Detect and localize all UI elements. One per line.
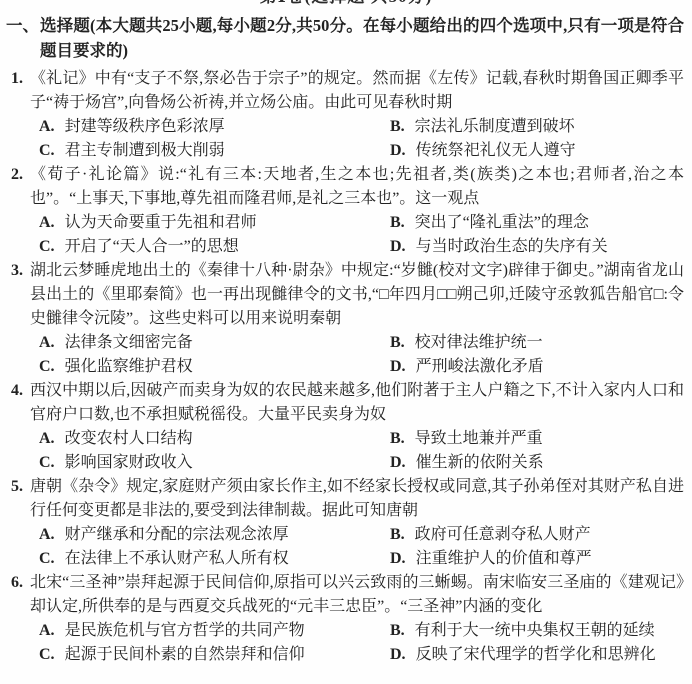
option-text: 严刑峻法激化矛盾 [416, 358, 544, 375]
question-3: 3. 湖北云梦睡虎地出土的《秦律十八种·尉杂》中规定:“岁雠(校对文字)辟律于御… [0, 259, 692, 379]
question-4: 4. 西汉中期以后,因破产而卖身为奴的农民越来越多,他们附著于主人户籍之下,不计… [0, 379, 692, 475]
option-c: C.开启了“天人合一”的思想 [39, 238, 239, 255]
question-number: 6. [11, 571, 23, 595]
option-a: A.是民族危机与官方哲学的共同产物 [39, 622, 305, 639]
option-text: 传统祭祀礼仪无人遵守 [416, 142, 576, 159]
option-label: D. [390, 358, 406, 375]
option-label: A. [39, 430, 55, 447]
option-label: C. [39, 646, 55, 663]
question-stem: 北宋“三圣神”崇拜起源于民间信仰,原指可以兴云致雨的三蜥蜴。南宋临安三圣庙的《建… [30, 571, 684, 619]
option-text: 封建等级秩序色彩浓厚 [65, 118, 225, 135]
option-label: D. [390, 550, 406, 567]
option-b: B.导致土地兼并严重 [390, 427, 543, 451]
option-c: C.强化监察维护君权 [39, 358, 193, 375]
option-text: 法律条文细密完备 [65, 334, 193, 351]
option-label: C. [39, 550, 55, 567]
option-text: 与当时政治生态的失序有关 [416, 238, 608, 255]
options-row-ab: A.是民族危机与官方哲学的共同产物 B.有利于大一统中央集权王朝的延续 [30, 619, 684, 643]
option-text: 政府可任意剥夺私人财产 [415, 526, 591, 543]
option-label: A. [39, 334, 55, 351]
option-a: A.封建等级秩序色彩浓厚 [39, 118, 225, 135]
option-label: C. [39, 454, 55, 471]
option-text: 改变农村人口结构 [65, 430, 193, 447]
option-label: D. [390, 142, 406, 159]
option-text: 财产继承和分配的宗法观念浓厚 [65, 526, 289, 543]
option-b: B.政府可任意剥夺私人财产 [390, 523, 591, 547]
option-label: B. [390, 622, 405, 639]
option-label: D. [390, 646, 406, 663]
option-a: A.法律条文细密完备 [39, 334, 193, 351]
option-d: D.注重维护人的价值和尊严 [390, 547, 592, 571]
option-d: D.与当时政治生态的失序有关 [390, 235, 608, 259]
option-label: B. [390, 526, 405, 543]
question-stem: 《礼记》中有“支子不祭,祭必告于宗子”的规定。然而据《左传》记载,春秋时期鲁国正… [30, 67, 684, 115]
option-c: C.起源于民间朴素的自然崇拜和信仰 [39, 646, 305, 663]
options-row-ab: A.改变农村人口结构 B.导致土地兼并严重 [30, 427, 684, 451]
option-text: 导致土地兼并严重 [415, 430, 543, 447]
option-text: 开启了“天人合一”的思想 [65, 238, 239, 255]
option-label: B. [390, 334, 405, 351]
option-label: C. [39, 238, 55, 255]
question-stem: 西汉中期以后,因破产而卖身为奴的农民越来越多,他们附著于主人户籍之下,不计入家内… [30, 379, 684, 427]
option-label: A. [39, 622, 55, 639]
section-heading-text: 选择题(本大题共25小题,每小题2分,共50分。在每小题给出的四个选项中,只有一… [40, 16, 684, 60]
option-c: C.影响国家财政收入 [39, 454, 193, 471]
options-row-ab: A.认为天命要重于先祖和君师 B.突出了“隆礼重法”的理念 [30, 211, 684, 235]
option-text: 校对律法维护统一 [415, 334, 543, 351]
options-row-cd: C.君主专制遭到极大削弱 D.传统祭祀礼仪无人遵守 [30, 139, 684, 163]
options-row-cd: C.强化监察维护君权 D.严刑峻法激化矛盾 [30, 355, 684, 379]
question-5: 5. 唐朝《杂令》规定,家庭财产须由家长作主,如不经家长授权或同意,其子孙弟侄对… [0, 475, 692, 571]
question-stem: 《荀子·礼论篇》说:“礼有三本:天地者,生之本也;先祖者,类(族类)之本也;君师… [30, 163, 684, 211]
question-number: 1. [11, 67, 23, 91]
question-6: 6. 北宋“三圣神”崇拜起源于民间信仰,原指可以兴云致雨的三蜥蜴。南宋临安三圣庙… [0, 571, 692, 667]
option-text: 有利于大一统中央集权王朝的延续 [415, 622, 655, 639]
option-label: C. [39, 142, 55, 159]
options-row-ab: A.封建等级秩序色彩浓厚 B.宗法礼乐制度遭到破坏 [30, 115, 684, 139]
option-label: B. [390, 214, 405, 231]
option-label: D. [390, 454, 406, 471]
option-text: 反映了宋代理学的哲学化和思辨化 [416, 646, 656, 663]
options-row-ab: A.财产继承和分配的宗法观念浓厚 B.政府可任意剥夺私人财产 [30, 523, 684, 547]
option-text: 起源于民间朴素的自然崇拜和信仰 [65, 646, 305, 663]
options-row-cd: C.在法律上不承认财产私人所有权 D.注重维护人的价值和尊严 [30, 547, 684, 571]
option-text: 强化监察维护君权 [65, 358, 193, 375]
option-label: A. [39, 526, 55, 543]
option-a: A.改变农村人口结构 [39, 430, 193, 447]
option-label: A. [39, 118, 55, 135]
option-text: 君主专制遭到极大削弱 [65, 142, 225, 159]
option-b: B.突出了“隆礼重法”的理念 [390, 211, 589, 235]
option-text: 影响国家财政收入 [65, 454, 193, 471]
option-d: D.催生新的依附关系 [390, 451, 544, 475]
option-a: A.认为天命要重于先祖和君师 [39, 214, 257, 231]
section-heading: 一、 选择题(本大题共25小题,每小题2分,共50分。在每小题给出的四个选项中,… [0, 13, 692, 63]
option-b: B.宗法礼乐制度遭到破坏 [390, 115, 575, 139]
option-c: C.君主专制遭到极大削弱 [39, 142, 225, 159]
options-row-cd: C.起源于民间朴素的自然崇拜和信仰 D.反映了宋代理学的哲学化和思辨化 [30, 643, 684, 667]
question-number: 2. [11, 163, 23, 187]
section-marker: 一、 [6, 13, 39, 38]
option-d: D.严刑峻法激化矛盾 [390, 355, 544, 379]
question-stem: 唐朝《杂令》规定,家庭财产须由家长作主,如不经家长授权或同意,其子孙弟侄对其财产… [30, 475, 684, 523]
option-label: C. [39, 358, 55, 375]
option-label: D. [390, 238, 406, 255]
option-text: 宗法礼乐制度遭到破坏 [415, 118, 575, 135]
option-text: 在法律上不承认财产私人所有权 [65, 550, 289, 567]
option-b: B.校对律法维护统一 [390, 331, 543, 355]
option-c: C.在法律上不承认财产私人所有权 [39, 550, 289, 567]
option-text: 催生新的依附关系 [416, 454, 544, 471]
option-text: 认为天命要重于先祖和君师 [65, 214, 257, 231]
option-d: D.传统祭祀礼仪无人遵守 [390, 139, 576, 163]
option-d: D.反映了宋代理学的哲学化和思辨化 [390, 643, 656, 667]
question-2: 2. 《荀子·礼论篇》说:“礼有三本:天地者,生之本也;先祖者,类(族类)之本也… [0, 163, 692, 259]
option-label: B. [390, 430, 405, 447]
option-label: A. [39, 214, 55, 231]
option-label: B. [390, 118, 405, 135]
option-a: A.财产继承和分配的宗法观念浓厚 [39, 526, 289, 543]
options-row-cd: C.影响国家财政收入 D.催生新的依附关系 [30, 451, 684, 475]
question-number: 4. [11, 379, 23, 403]
exam-content: 一、 选择题(本大题共25小题,每小题2分,共50分。在每小题给出的四个选项中,… [0, 13, 692, 667]
question-stem: 湖北云梦睡虎地出土的《秦律十八种·尉杂》中规定:“岁雠(校对文字)辟律于御史。”… [30, 259, 684, 331]
question-number: 5. [11, 475, 23, 499]
page-title-clipped: 第Ⅰ卷(选择题 共50分) [0, 0, 692, 6]
options-row-ab: A.法律条文细密完备 B.校对律法维护统一 [30, 331, 684, 355]
exam-page: 第Ⅰ卷(选择题 共50分) 一、 选择题(本大题共25小题,每小题2分,共50分… [0, 0, 692, 684]
option-text: 注重维护人的价值和尊严 [416, 550, 592, 567]
question-1: 1. 《礼记》中有“支子不祭,祭必告于宗子”的规定。然而据《左传》记载,春秋时期… [0, 67, 692, 163]
question-number: 3. [11, 259, 23, 283]
option-b: B.有利于大一统中央集权王朝的延续 [390, 619, 655, 643]
option-text: 突出了“隆礼重法”的理念 [415, 214, 589, 231]
option-text: 是民族危机与官方哲学的共同产物 [65, 622, 305, 639]
options-row-cd: C.开启了“天人合一”的思想 D.与当时政治生态的失序有关 [30, 235, 684, 259]
